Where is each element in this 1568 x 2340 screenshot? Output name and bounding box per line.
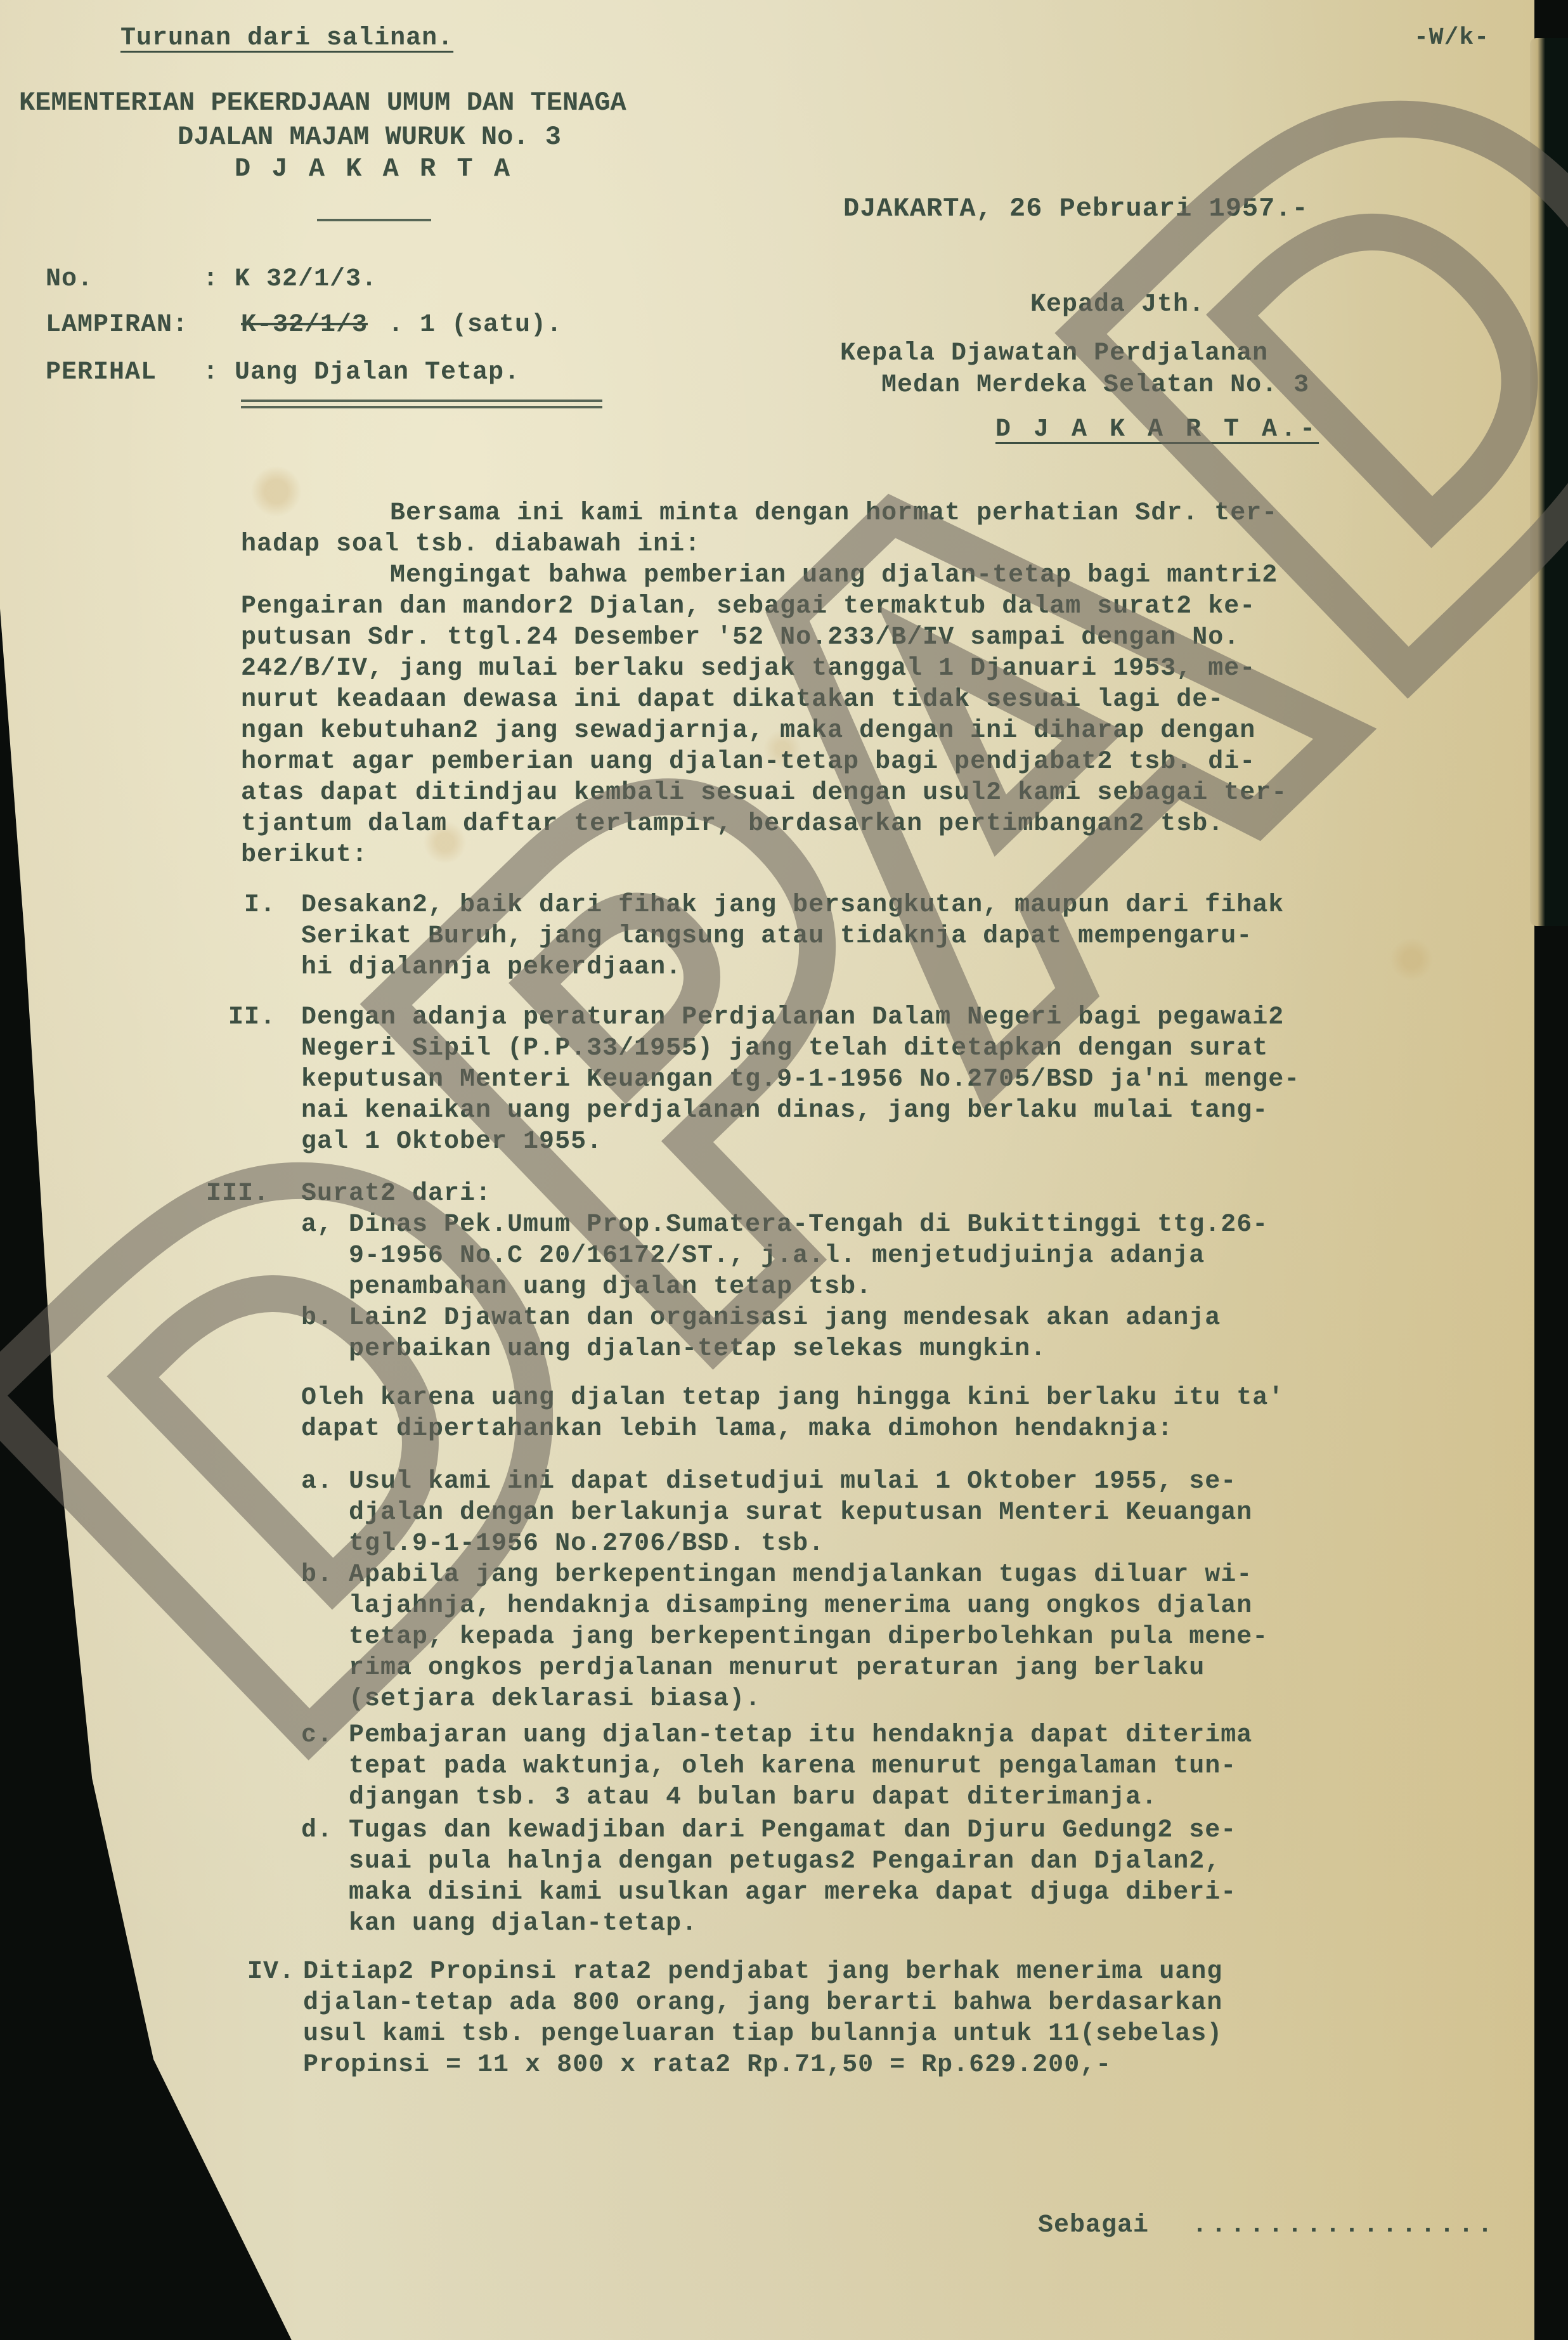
body-line: djangan tsb. 3 atau 4 bulan baru dapat d… [301,1782,1157,1813]
body-line: c. Pembajaran uang djalan-tetap itu hend… [301,1720,1252,1751]
body-line: nurut keadaan dewasa ini dapat dikatakan… [241,684,1224,715]
point-number: IV. [247,1956,295,1987]
body-line: Mengingat bahwa pemberian uang djalan-te… [390,560,1278,591]
body-line: keputusan Menteri Keuangan tg.9-1-1956 N… [301,1064,1300,1095]
body-line: suai pula halnja dengan petugas2 Pengair… [301,1846,1221,1877]
lampiran-struck-value: K-32/1/3 [241,311,368,339]
body-line: Dengan adanja peraturan Perdjalanan Dala… [301,1002,1284,1033]
body-line: nai kenaikan uang perdjalanan dinas, jan… [301,1095,1268,1126]
point-title: Surat2 dari: [301,1178,491,1209]
body-line: lajahnja, hendaknja disamping menerima u… [301,1590,1252,1622]
body-line: rima ongkos perdjalanan menurut peratura… [301,1653,1205,1684]
body-line: a, Dinas Pek.Umum Prop.Sumatera-Tengah d… [301,1209,1268,1240]
recipient-city: D J A K A R T A.- [995,415,1319,444]
body-line: perbaikan uang djalan-tetap selekas mung… [301,1334,1046,1365]
point-number: II. [228,1002,276,1033]
body-line: Pengairan dan mandor2 Djalan, sebagai te… [241,591,1255,622]
perihal-label: PERIHAL [46,358,157,387]
lampiran-label: LAMPIRAN: [46,311,188,339]
body-line: kan uang djalan-tetap. [301,1908,697,1939]
body-line: b. Apabila jang berkepentingan mendjalan… [301,1559,1252,1590]
place-date: DJAKARTA, 26 Pebruari 1957.- [843,193,1309,224]
body-line: 242/B/IV, jang mulai berlaku sedjak tang… [241,653,1255,684]
body-line: penambahan uang djalan tetap tsb. [301,1271,872,1303]
body-line: atas dapat ditindjau kembali sesuai deng… [241,777,1287,809]
body-line: Ditiap2 Propinsi rata2 pendjabat jang be… [303,1956,1222,1987]
body-line: Negeri Sipil (P.P.33/1955) jang telah di… [301,1033,1268,1064]
body-line: Desakan2, baik dari fihak jang bersangku… [301,890,1284,921]
letterhead-rule [317,219,431,221]
point-number: III. [206,1178,269,1209]
point-number: I. [244,890,276,921]
letterhead-ministry: KEMENTERIAN PEKERDJAAN UMUM DAN TENAGA [19,88,626,118]
body-line: 9-1956 No.C 20/16172/ST., j.a.l. menjetu… [301,1240,1205,1271]
body-line: (setjara deklarasi biasa). [301,1684,761,1715]
copy-note: Turunan dari salinan. [120,24,453,53]
reference-code: -W/k- [1414,24,1489,51]
letterhead-city: D J A K A R T A [235,153,512,184]
body-line: tetap, kepada jang berkepentingan diperb… [301,1622,1268,1653]
body-line: ngan kebutuhan2 jang sewadjarnja, maka d… [241,715,1255,746]
body-line: a. Usul kami ini dapat disetudjui mulai … [301,1466,1236,1497]
body-line: Oleh karena uang djalan tetap jang hingg… [301,1382,1284,1414]
body-line: Bersama ini kami minta dengan hormat per… [390,498,1278,529]
body-line: berikut: [241,840,368,871]
lampiran-value: . 1 (satu). [388,311,562,339]
perihal-underline-1 [241,400,602,402]
body-line: b. Lain2 Djawatan dan organisasi jang me… [301,1303,1221,1334]
body-line: putusan Sdr. ttgl.24 Desember '52 No.233… [241,622,1240,653]
body-line: hormat agar pemberian uang djalan-tetap … [241,746,1255,777]
continuation-word: Sebagai [1038,2211,1149,2240]
body-line: tjantum dalam daftar terlampir, berdasar… [241,809,1224,840]
no-label: No. [46,265,93,294]
body-line: hadap soal tsb. diabawah ini: [241,529,701,560]
perihal-value: : Uang Djalan Tetap. [203,358,520,387]
body-line: gal 1 Oktober 1955. [301,1126,602,1157]
recipient-address: Medan Merdeka Selatan No. 3 [881,371,1309,400]
body-line: dapat dipertahankan lebih lama, maka dim… [301,1414,1173,1445]
continuation-dots: ................ [1192,2211,1496,2240]
body-line: tepat pada waktunja, oleh karena menurut… [301,1751,1236,1782]
body-line: hi djalannja pekerdjaan. [301,952,682,983]
no-value: : K 32/1/3. [203,265,377,294]
body-line: djalan-tetap ada 800 orang, jang berarti… [303,1987,1222,2018]
body-line: tgl.9-1-1956 No.2706/BSD. tsb. [301,1528,824,1559]
body-line: usul kami tsb. pengeluaran tiap bulannja… [303,2018,1222,2050]
recipient-salutation: Kepada Jth. [1030,290,1205,319]
recipient-title: Kepala Djawatan Perdjalanan [840,339,1268,368]
body-line: maka disini kami usulkan agar mereka dap… [301,1877,1236,1908]
letterhead-address: DJALAN MAJAM WURUK No. 3 [178,122,561,152]
body-line: Propinsi = 11 x 800 x rata2 Rp.71,50 = R… [303,2050,1111,2081]
perihal-underline-2 [241,406,602,408]
scanned-document: Turunan dari salinan. -W/k- KEMENTERIAN … [0,0,1568,2340]
body-line: Serikat Buruh, jang langsung atau tidakn… [301,921,1252,952]
body-line: djalan dengan berlakunja surat keputusan… [301,1497,1252,1528]
body-line: d. Tugas dan kewadjiban dari Pengamat da… [301,1815,1236,1846]
scan-edge-shadow [1530,38,1568,926]
